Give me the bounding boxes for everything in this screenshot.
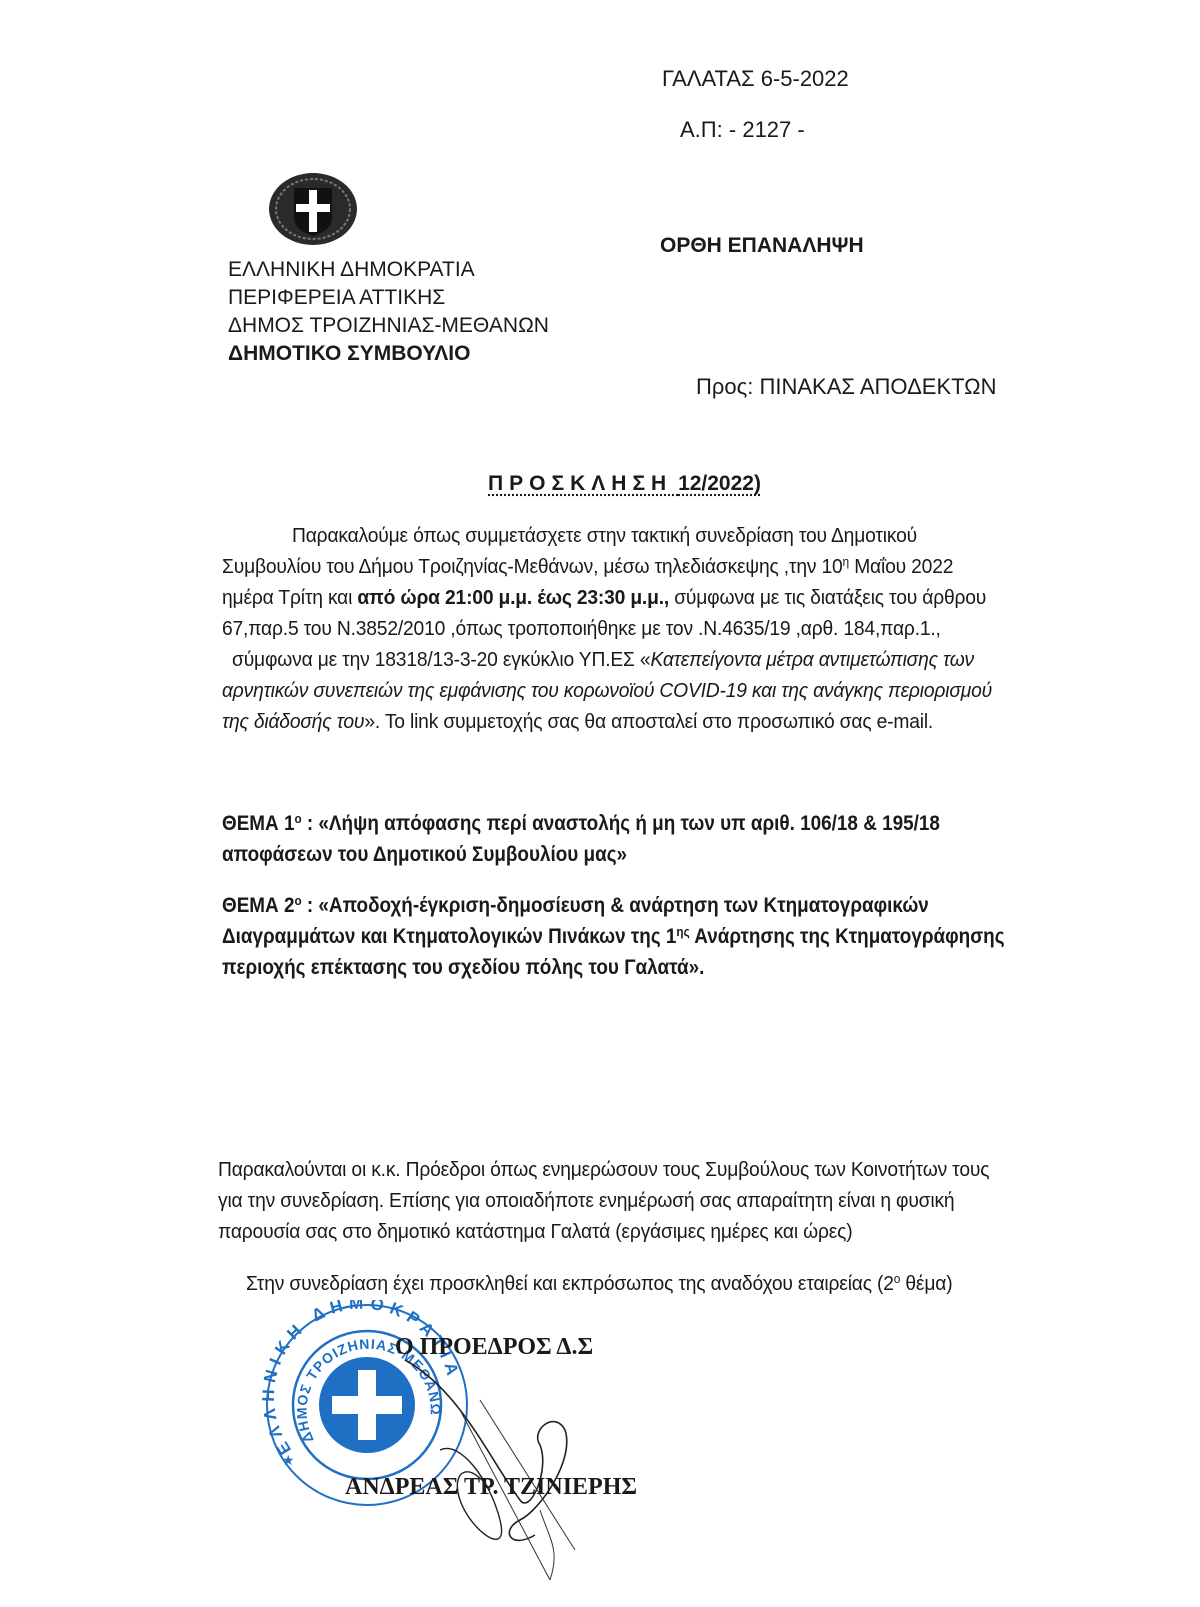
invitation-line-4: 67,παρ.5 του Ν.3852/2010 ,όπως τροποποιή… — [222, 613, 941, 644]
notice-line-3: παρουσία σας στο δημοτικό κατάστημα Γαλα… — [218, 1216, 852, 1247]
place-date: ΓΑΛΑΤΑΣ 6-5-2022 — [662, 66, 849, 92]
topic-2-line-3: περιοχής επέκτασης του σχεδίου πόλης του… — [222, 952, 704, 983]
signatory-role: Ο ΠΡΟΕΔΡΟΣ Δ.Σ — [395, 1334, 593, 1361]
recipient: Προς: ΠΙΝΑΚΑΣ ΑΠΟΔΕΚΤΩΝ — [696, 374, 997, 400]
sender-line: ΕΛΛΗΝΙΚΗ ΔΗΜΟΚΡΑΤΙΑ — [228, 256, 549, 284]
sender-block: ΕΛΛΗΝΙΚΗ ΔΗΜΟΚΡΑΤΙΑ ΠΕΡΙΦΕΡΕΙΑ ΑΤΤΙΚΗΣ Δ… — [228, 256, 549, 368]
invitation-line-1: Παρακαλούμε όπως συμμετάσχετε στην τακτι… — [292, 520, 917, 551]
topic-2-line-2: Διαγραμμάτων και Κτηματολογικών Πινάκων … — [222, 921, 1005, 952]
invitation-line-6: αρνητικών συνεπειών της εμφάνισης του κο… — [222, 675, 992, 706]
topic-1-line-2: αποφάσεων του Δημοτικού Συμβουλίου μας» — [222, 839, 627, 870]
invitation-line-5: σύμφωνα με την 18318/13-3-20 εγκύκλιο ΥΠ… — [232, 644, 974, 675]
representative-note: Στην συνεδρίαση έχει προσκληθεί και εκπρ… — [246, 1268, 952, 1299]
notice-line-2: για την συνεδρίαση. Επίσης για οποιαδήπο… — [218, 1185, 954, 1216]
document-title: ΠΡΟΣΚΛΗΣΗ 12/2022) — [488, 472, 761, 496]
invitation-line-3: ημέρα Τρίτη και από ώρα 21:00 μ.μ. έως 2… — [222, 582, 986, 613]
handwritten-signature-icon — [400, 1350, 610, 1590]
sender-line: ΔΗΜΟΣ ΤΡΟΙΖΗΝΙΑΣ-ΜΕΘΑΝΩΝ — [228, 312, 549, 340]
topic-1-line-1: ΘΕΜΑ 1ο : «Λήψη απόφασης περί αναστολής … — [222, 808, 940, 839]
protocol-number: Α.Π: - 2127 - — [680, 117, 805, 143]
signatory-name: ΑΝΔΡΕΑΣ ΤΡ. ΤΖΙΝΙΕΡΗΣ — [345, 1474, 637, 1501]
svg-text:★: ★ — [282, 1452, 295, 1468]
council-name: ΔΗΜΟΤΙΚΟ ΣΥΜΒΟΥΛΙΟ — [228, 340, 549, 368]
invitation-line-2: Συμβουλίου του Δήμου Τροιζηνίας-Μεθάνων,… — [222, 551, 953, 582]
sender-line: ΠΕΡΙΦΕΡΕΙΑ ΑΤΤΙΚΗΣ — [228, 284, 549, 312]
topic-2-line-1: ΘΕΜΑ 2ο : «Αποδοχή-έγκριση-δημοσίευση & … — [222, 890, 929, 921]
correction-label: ΟΡΘΗ ΕΠΑΝΑΛΗΨΗ — [660, 234, 864, 258]
greek-coat-of-arms-icon — [266, 170, 360, 248]
title-word: ΠΡΟΣΚΛΗΣΗ — [488, 472, 672, 495]
notice-line-1: Παρακαλούνται οι κ.κ. Πρόεδροι όπως ενημ… — [218, 1154, 989, 1185]
invitation-line-7: της διάδοσής του». Το link συμμετοχής σα… — [222, 706, 933, 737]
title-number: 12/2022) — [678, 472, 761, 495]
